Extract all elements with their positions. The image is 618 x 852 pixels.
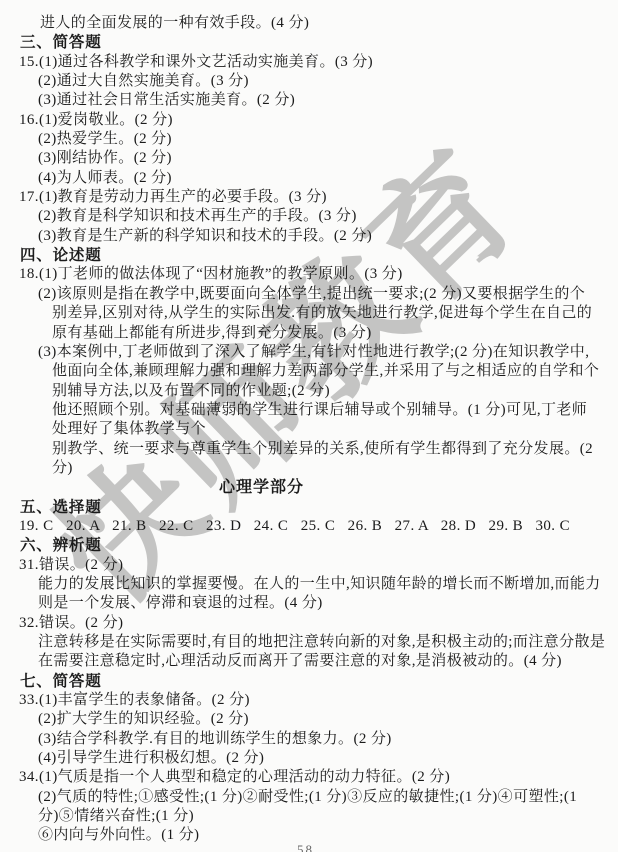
answer-line: 别辅导方法,以及布置不同的作业题;(2 分) — [52, 382, 618, 401]
answer-line: (3)教育是生产新的科学知识和技术的手段。(2 分) — [38, 227, 618, 246]
answer-line: (2)通过大自然实施美育。(3 分) — [38, 72, 618, 91]
answer-line: 处理好了集体教学与个 — [52, 420, 618, 439]
answer-line: 15.(1)通过各科教学和课外文艺活动实施美育。(3 分) — [19, 53, 618, 72]
answer-line: (3)通过社会日常生活实施美育。(2 分) — [38, 91, 618, 110]
answer-key-content: 进人的全面发展的一种有效手段。(4 分) 三、简答题 15.(1)通过各科教学和… — [0, 14, 618, 846]
section-header-short-answer: 三、简答题 — [20, 33, 618, 52]
answer-line: 原有基础上都能有所进步,得到充分发展。(3 分) — [52, 324, 618, 343]
section-header-essay: 四、论述题 — [20, 246, 618, 265]
answer-line: (3)本案例中,丁老师做到了深入了解学生,有针对性地进行教学;(2 分)在知识教… — [38, 343, 618, 362]
answer-line: (3)结合学科教学.有目的地训练学生的想象力。(2 分) — [38, 730, 618, 749]
answer-line: 32.错误。(2 分) — [19, 614, 618, 633]
answer-line: (2)教育是科学知识和技术再生产的手段。(3 分) — [38, 207, 618, 226]
answer-line: 他还照顾个别。对基础薄弱的学生进行课后辅导或个别辅导。(1 分)可见,丁老师 — [52, 401, 618, 420]
answer-line: 分) — [52, 459, 618, 478]
answer-line: 31.错误。(2 分) — [19, 556, 618, 575]
section-header-true-false: 六、辨析题 — [20, 536, 618, 555]
page-number: 58 — [297, 842, 314, 852]
choice-answers-line: 19. C 20. A 21. B 22. C 23. D 24. C 25. … — [19, 517, 618, 536]
answer-line: 注意转移是在实际需要时,有目的地把注意转向新的对象,是积极主动的;而注意分散是 — [38, 633, 618, 652]
answer-line: 在需要注意稳定时,心理活动反而离开了需要注意的对象,是消极被动的。(4 分) — [38, 652, 618, 671]
answer-line: 别教学、统一要求与尊重学生个别差异的关系,使所有学生都得到了充分发展。(2 — [52, 440, 618, 459]
answer-line: 能力的发展比知识的掌握要慢。在人的一生中,知识随年龄的增长而不断增加,而能力 — [38, 575, 618, 594]
answer-line: (2)扩大学生的知识经验。(2 分) — [38, 710, 618, 729]
section-header-multiple-choice: 五、选择题 — [20, 498, 618, 517]
answer-line: 18.(1)丁老师的做法体现了“因材施教”的教学原则。(3 分) — [19, 265, 618, 284]
answer-line: 别差异,区别对待,从学生的实际出发.有的放矢地进行教学,促进每个学生在自己的 — [52, 304, 618, 323]
answer-line: (4)引导学生进行积极幻想。(2 分) — [38, 749, 618, 768]
answer-line: 则是一个发展、停滞和衰退的过程。(4 分) — [38, 594, 618, 613]
section-header-short-answer-2: 七、简答题 — [20, 672, 618, 691]
answer-line: (4)为人师表。(2 分) — [38, 169, 618, 188]
answer-line: (2)热爱学生。(2 分) — [38, 130, 618, 149]
answer-line: (3)刚结协作。(2 分) — [38, 149, 618, 168]
answer-line: 17.(1)教育是劳动力再生产的必要手段。(3 分) — [19, 188, 618, 207]
answer-line: ⑥内向与外向性。(1 分) — [38, 826, 618, 845]
exam-answer-key-page: 快师教育 进人的全面发展的一种有效手段。(4 分) 三、简答题 15.(1)通过… — [0, 0, 618, 852]
answer-line: 分)⑤情绪兴奋性;(1 分) — [38, 807, 618, 826]
answer-line: 33.(1)丰富学生的表象储备。(2 分) — [19, 691, 618, 710]
answer-line: 16.(1)爱岗敬业。(2 分) — [19, 111, 618, 130]
answer-line: 进人的全面发展的一种有效手段。(4 分) — [40, 14, 618, 33]
answer-line: (2)气质的特性;①感受性;(1 分)②耐受性;(1 分)③反应的敏捷性;(1 … — [38, 788, 618, 807]
answer-line: 34.(1)气质是指一个人典型和稳定的心理活动的动力特征。(2 分) — [19, 768, 618, 787]
part-title-psychology: 心理学部分 — [0, 478, 523, 497]
answer-line: (2)该原则是指在教学中,既要面向全体学生,提出统一要求;(2 分)又要根据学生… — [38, 285, 618, 304]
answer-line: 他面向全体,兼顾理解力强和理解力差两部分学生,并采用了与之相适应的自学和个 — [52, 362, 618, 381]
